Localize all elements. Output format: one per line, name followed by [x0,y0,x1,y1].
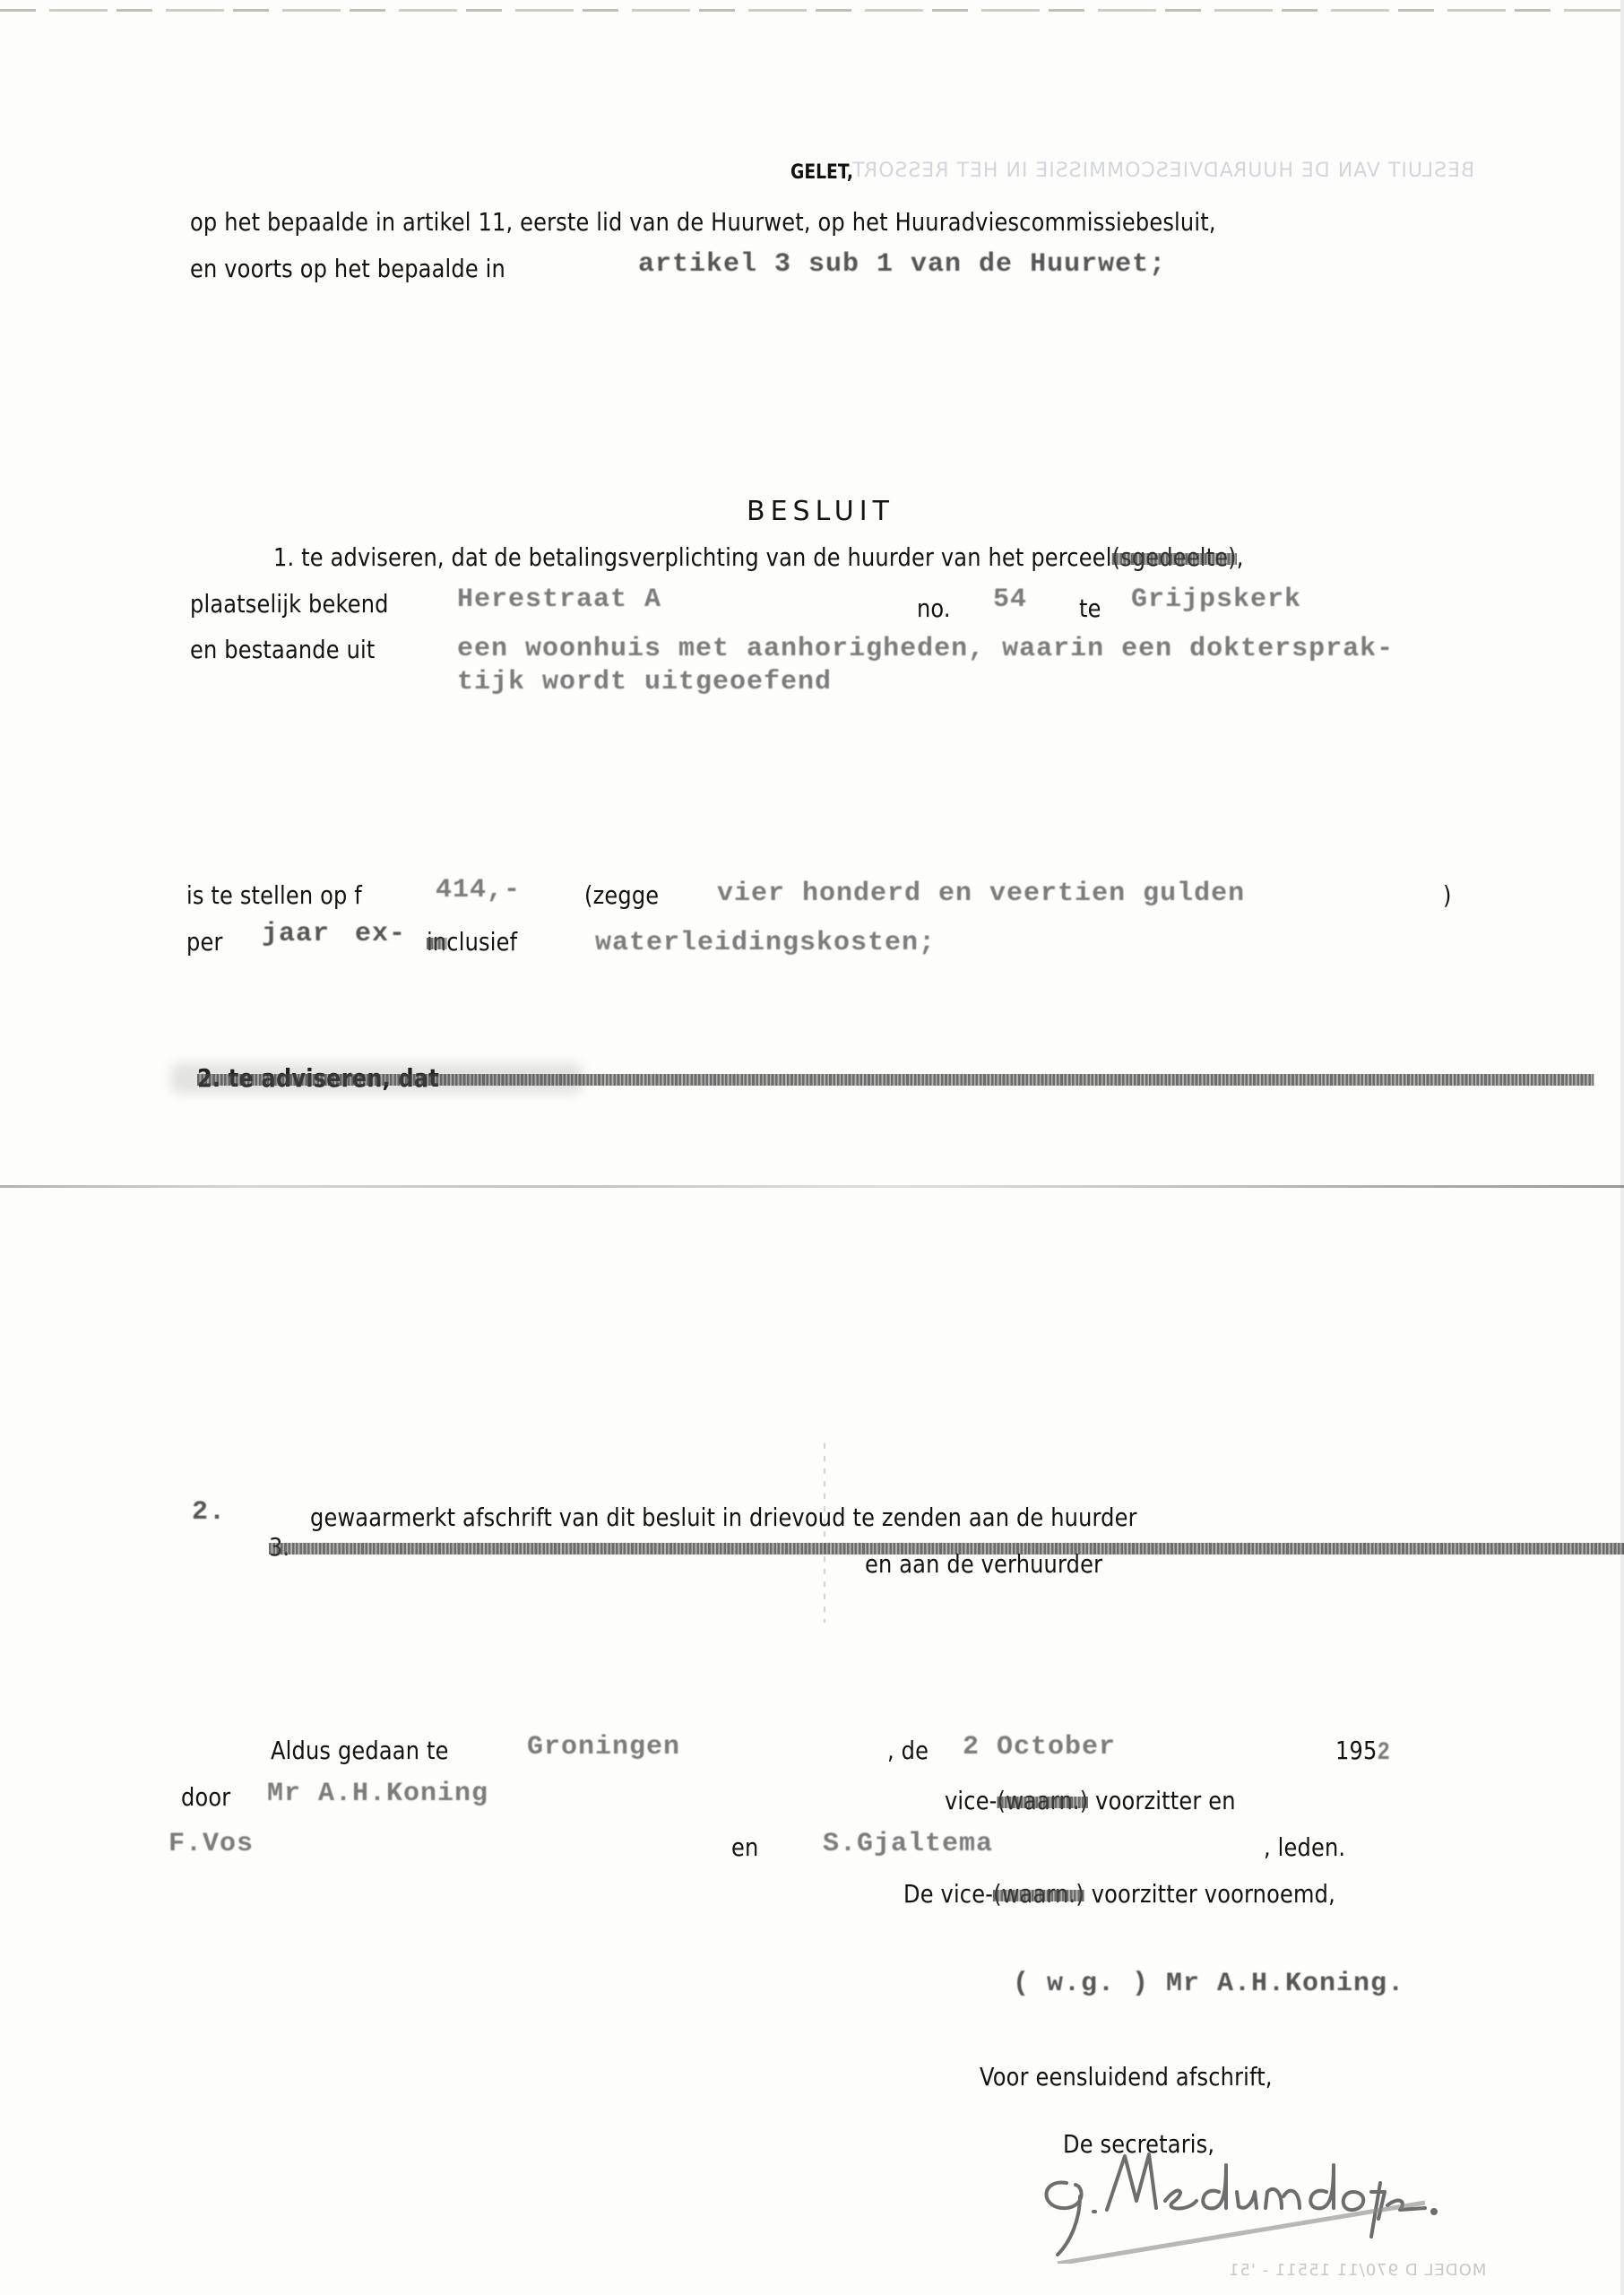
zegge-close: ) [1443,880,1452,910]
vice-text: vice- [945,1786,998,1815]
gelet-line-1: op het bepaalde in artikel 11, eerste li… [190,207,1216,237]
gelet-line-2-label: en voorts op het bepaalde in [190,254,505,283]
item-1-intro-text: 1. te adviseren, dat de betalingsverplic… [273,542,1112,572]
consisting-label: en bestaande uit [190,635,375,664]
typed-item-number: 2. [192,1497,226,1528]
struck-waarn-2: (waarn.) [993,1879,1084,1909]
typed-house-number: 54 [993,585,1027,615]
vice-chair-label: vice-(waarn.) voorzitter en [945,1786,1236,1815]
struck-sgedeelte: (sgedeelte) [1112,542,1237,572]
en-label: en [731,1832,758,1862]
item-3-text: gewaarmerkt afschrift van dit besluit in… [310,1503,1137,1532]
typed-date: 2 October [963,1732,1116,1762]
zegge-label: (zegge [584,880,659,910]
typed-city: Groningen [527,1732,680,1762]
item-1-intro: 1. te adviseren, dat de betalingsverplic… [273,542,1244,572]
comma: , [1237,542,1244,572]
amount-label: is te stellen op f [186,880,362,910]
leden-label: , leden. [1264,1832,1345,1862]
model-footer-mirrored: MODEL D 970/11 15511 - '51 [1228,2261,1486,2280]
aldus-label: Aldus gedaan te [271,1736,449,1765]
signature-icon [1031,2129,1533,2264]
item-3-text-2: en aan de verhuurder [865,1549,1102,1579]
typed-amount: 414,- [436,875,521,905]
typed-signed-chair: ( w.g. ) Mr A.H.Koning. [1013,1969,1404,1999]
page-right-edge [1620,0,1624,2295]
typed-ex: ex- [355,919,406,949]
besluit-heading: BESLUIT [747,496,894,527]
typed-place: Grijpskerk [1131,585,1301,615]
typed-year-digit: 2 [1377,1739,1390,1767]
typed-amount-words: vier honderd en veertien gulden [717,879,1245,909]
typed-member-2: S.Gjaltema [823,1829,993,1859]
inclusief-label: inclusief [427,927,517,957]
vice-voornoemd: De vice-(waarn.) voorzitter voornoemd, [903,1879,1335,1909]
struck-in: in [427,927,446,957]
typed-street: Herestraat A [457,585,661,615]
location-label: plaatselijk bekend [190,589,389,619]
typed-member-1: F.Vos [168,1829,254,1859]
struck-waarn: (waarn.) [998,1786,1089,1815]
typed-description-1: een woonhuis met aanhorigheden, waarin e… [457,634,1394,664]
te-label: te [1079,593,1101,623]
year-label: 1952 [1335,1736,1391,1767]
copy-statement: Voor eensluidend afschrift, [980,2062,1273,2091]
date-label: , de [887,1736,929,1765]
page-top-edge [0,9,1624,12]
struck-item-2: 2. te adviseren, dat [197,1063,1594,1093]
vice-prefix: De vice- [903,1879,993,1909]
document-page: BESLUIT VAN DE HUURADVIESCOMMISSIE IN HE… [0,0,1624,2295]
no-label: no. [917,593,951,623]
year-printed: 195 [1335,1736,1377,1765]
door-label: door [181,1782,230,1812]
typed-period: jaar [262,919,330,949]
typed-description-2: tijk wordt uitgeoefend [457,667,832,697]
typed-chair: Mr A.H.Koning [267,1779,488,1809]
fold-line [0,1185,1624,1188]
voornoemd-text: voorzitter voornoemd, [1092,1879,1335,1909]
typed-water-costs: waterleidingskosten; [595,928,936,958]
gelet-heading: GELET, [790,161,853,184]
clusief-text: clusief [446,927,517,957]
per-label: per [186,927,223,957]
bleed-through-header: BESLUIT VAN DE HUURADVIESCOMMISSIE IN HE… [851,160,1474,182]
typed-legal-basis: artikel 3 sub 1 van de Huurwet; [638,249,1166,280]
voorzitter-en-text: voorzitter en [1095,1786,1236,1815]
